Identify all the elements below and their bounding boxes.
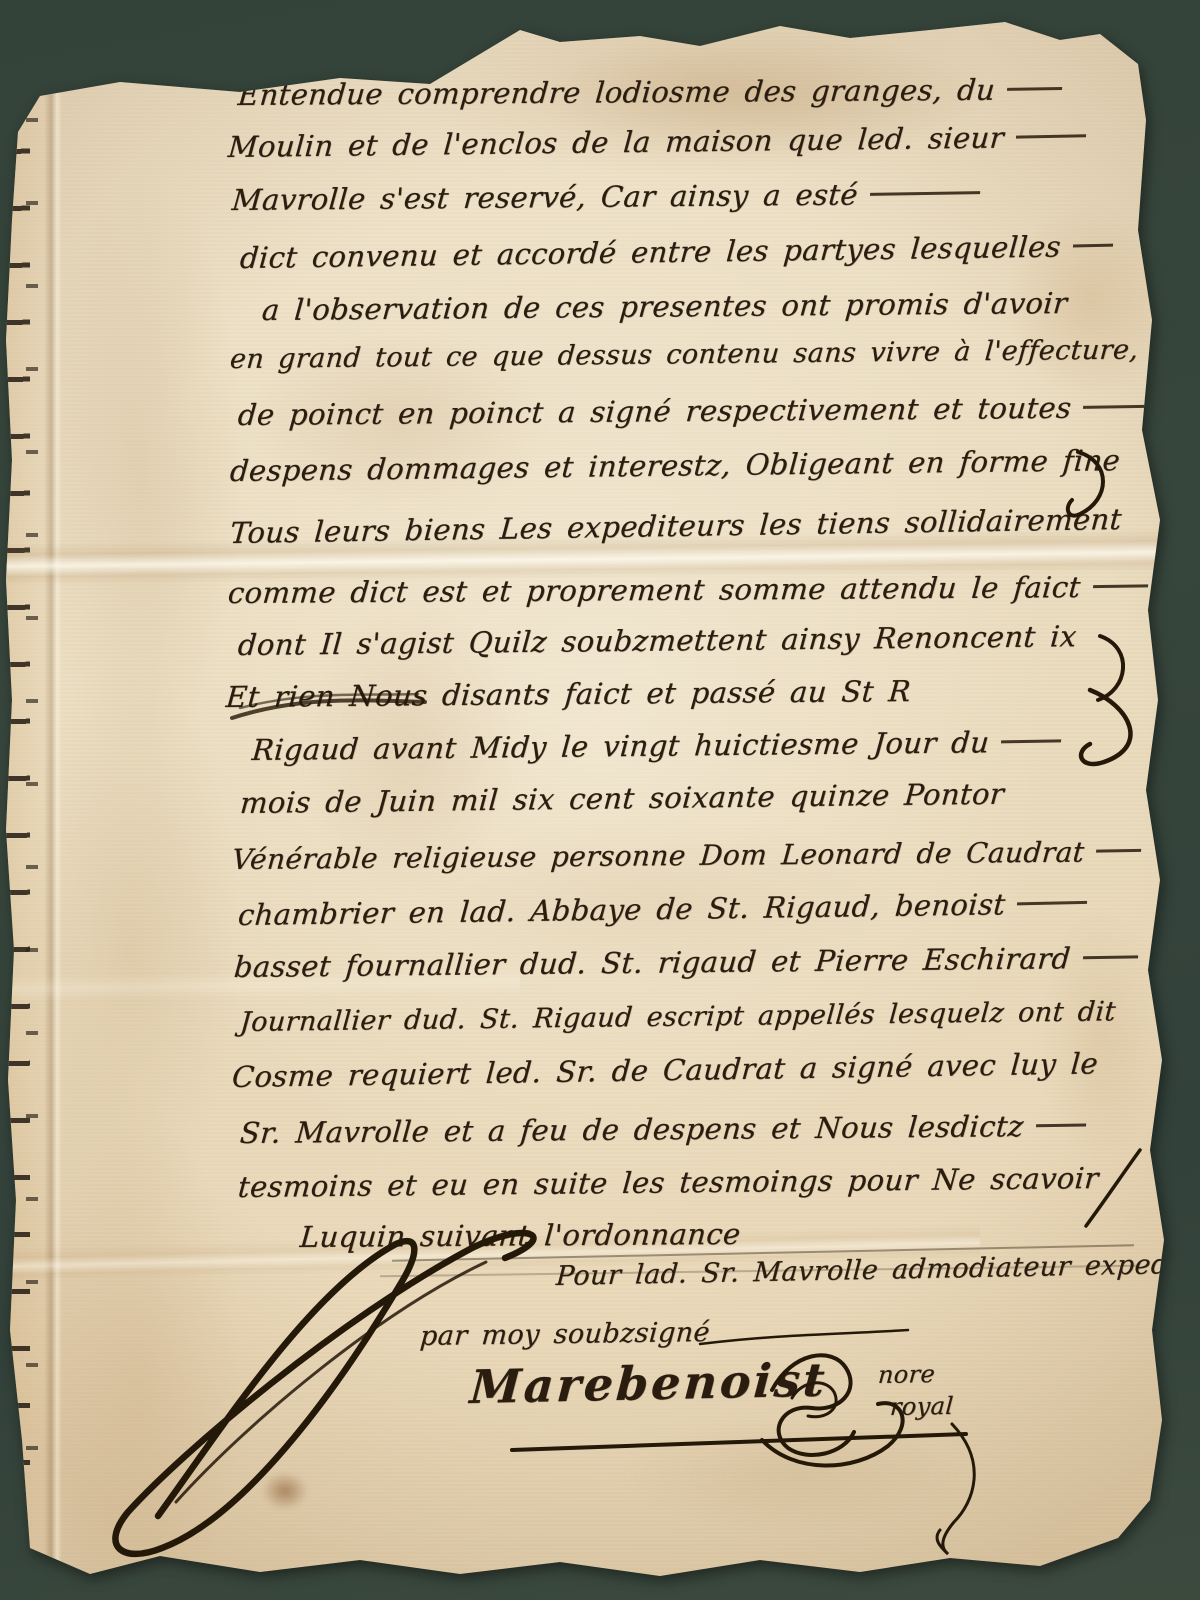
manuscript-line: Cosme requiert led. Sr. de Caudrat a sig… <box>231 1048 1099 1094</box>
manuscript-line: tesmoins et eu en suite les tesmoings po… <box>237 1163 1100 1204</box>
manuscript-line: Et rien Nous disants faict et passé au S… <box>225 676 912 714</box>
binding-fold-crease <box>44 86 62 1566</box>
ink-spot <box>262 1472 308 1510</box>
paper-sheet-wrapper: Entendue comprendre lodiosme des granges… <box>0 0 1200 1600</box>
manuscript-line: Sr. Mavrolle et a feu de despens et Nous… <box>239 1111 1087 1150</box>
manuscript-line: mois de Juin mil six cent soixante quinz… <box>239 779 1006 820</box>
pen-stroke <box>700 1330 908 1344</box>
manuscript-line: Mavrolle s'est reservé, Car ainsy a esté <box>231 178 981 216</box>
manuscript-line: Tous leurs biens Les expediteurs les tie… <box>229 504 1123 550</box>
margin-flourish <box>1098 636 1123 700</box>
manuscript-line: comme dict est et proprement somme atten… <box>227 572 1149 610</box>
manuscript-paper: Entendue comprendre lodiosme des granges… <box>0 0 1200 1600</box>
manuscript-line: Vénérable religieuse personne Dom Leonar… <box>231 837 1143 876</box>
manuscript-line: de poinct en poinct a signé respectiveme… <box>237 392 1155 432</box>
manuscript-line: Entendue comprendre lodiosme des granges… <box>237 74 1064 112</box>
manuscript-line: basset fournallier dud. St. rigaud et Pi… <box>233 943 1139 984</box>
manuscript-line: Moulin et de l'enclos de la maison que l… <box>227 122 1087 164</box>
notary-title-abbrev: royal <box>889 1393 954 1421</box>
manuscript-photo: { "photo": { "subject": "17th-century Fr… <box>0 0 1200 1600</box>
manuscript-line: despens dommages et interestz, Obligeant… <box>229 445 1122 488</box>
margin-flourish <box>1081 690 1130 764</box>
notary-title-abbrev: nore <box>877 1361 936 1388</box>
manuscript-line: dict convenu et accordé entre les partye… <box>239 231 1114 275</box>
binding-stitch-marks <box>4 78 42 1508</box>
closing-line: par moy soubzsigné <box>419 1318 711 1352</box>
manuscript-line: a l'observation de ces presentes ont pro… <box>261 288 1069 327</box>
signature-paraph-loop <box>176 1262 486 1502</box>
manuscript-line: Luquin suivant l'ordonnance <box>299 1219 742 1254</box>
manuscript-line: chambrier en lad. Abbaye de St. Rigaud, … <box>237 888 1089 932</box>
manuscript-line: Rigaud avant Midy le vingt huictiesme Jo… <box>251 727 1063 767</box>
manuscript-line: dont Il s'agist Quilz soubzmettent ainsy… <box>237 621 1078 662</box>
paper-stain <box>620 1420 960 1530</box>
notary-signature: Marebenoist <box>468 1354 829 1412</box>
manuscript-line: Journallier dud. St. Rigaud escript appe… <box>239 997 1117 1037</box>
